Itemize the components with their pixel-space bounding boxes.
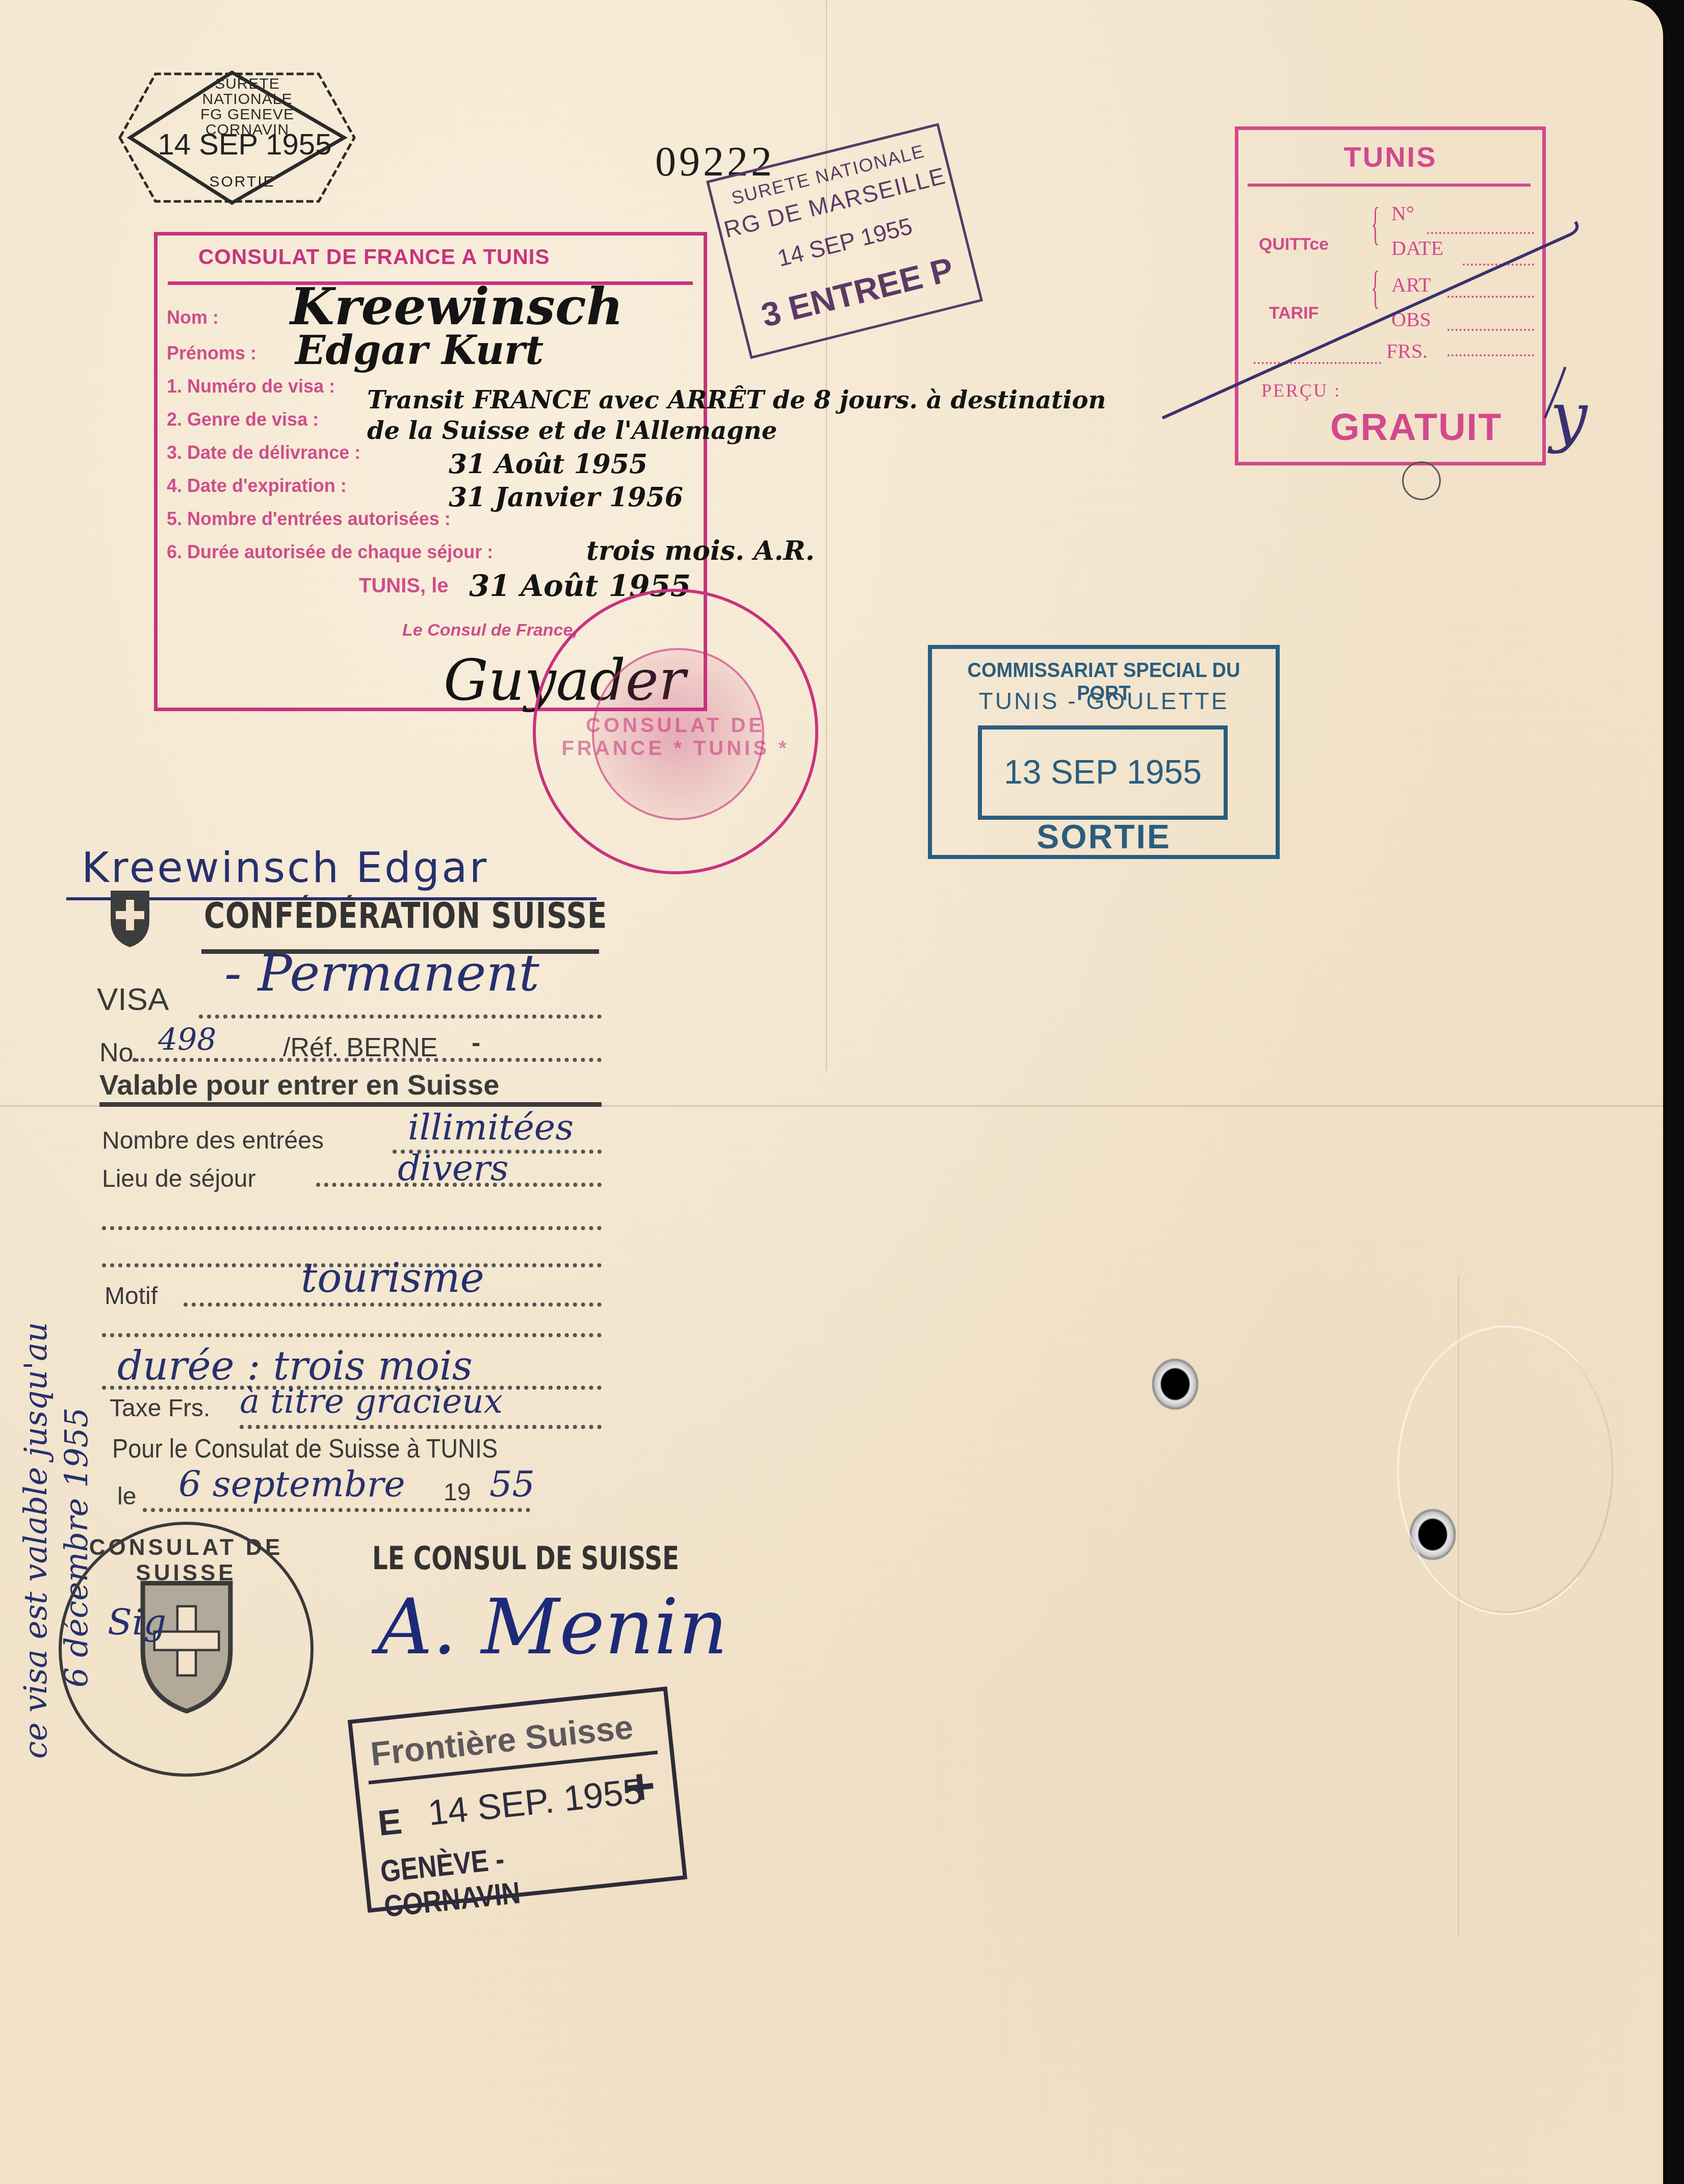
stamp-geneve-date: 14 SEP 1955 xyxy=(156,127,334,162)
tax-label: Taxe Frs. xyxy=(110,1394,210,1422)
dotted-line xyxy=(143,1508,530,1512)
field-value-expiry-date: 31 Janvier 1956 xyxy=(449,482,683,513)
swiss-shield-icon xyxy=(133,1581,240,1713)
year-prefix: 19 xyxy=(444,1478,471,1506)
field-value-prenoms: Edgar Kurt xyxy=(295,327,543,374)
document-page: SURETE NATIONALE FG GENEVE CORNAVIN 14 S… xyxy=(0,0,1663,2184)
stay-label: Lieu de séjour xyxy=(102,1165,256,1193)
swiss-shield-icon xyxy=(110,890,150,948)
stamp-goulette-type: SORTIE xyxy=(932,817,1276,856)
dotted-line xyxy=(102,1226,602,1230)
margin-note-line: ce visa est valable jusqu'au xyxy=(15,1322,56,1759)
stamp-line: TUNIS - GOULETTE xyxy=(932,687,1276,715)
swiss-consul-signature: A. Menin xyxy=(377,1583,728,1672)
initials: Sig xyxy=(108,1601,166,1643)
eyelet-icon xyxy=(1150,1356,1201,1412)
field-label-nom: Nom : xyxy=(167,307,219,328)
field-label-expiry-date: 4. Date d'expiration : xyxy=(167,475,347,497)
valid-entry-label: Valable pour entrer en Suisse xyxy=(99,1068,499,1101)
stamp-frontiere-suisse: Frontière Suisse E 14 SEP. 1955 + GENÈVE… xyxy=(348,1686,687,1913)
stamp-frontiere-title: Frontière Suisse xyxy=(369,1707,635,1774)
dotted-line xyxy=(133,1058,602,1062)
field-label-entries: 5. Nombre d'entrées autorisées : xyxy=(167,508,451,530)
stamp-line: SURETE xyxy=(191,76,303,92)
seal-text: CONSULAT DE FRANCE * TUNIS * xyxy=(536,714,815,760)
field-label-visa-number: 1. Numéro de visa : xyxy=(167,376,335,397)
dotted-line xyxy=(240,1425,602,1429)
swiss-cross-icon: + xyxy=(623,1756,658,1817)
embossed-seal xyxy=(1397,1325,1615,1615)
stamp-goulette: COMMISSARIAT SPECIAL DU PORT TUNIS - GOU… xyxy=(928,645,1280,859)
field-label-issue-date: 3. Date de délivrance : xyxy=(167,442,360,463)
seal-text: CONSULAT DE SUISSE xyxy=(62,1535,310,1586)
date-value: 6 septembre xyxy=(178,1463,405,1505)
visa-label: VISA xyxy=(97,981,169,1018)
stamp-geneve-exit: SURETE NATIONALE FG GENEVE CORNAVIN 14 S… xyxy=(115,61,359,214)
dotted-line xyxy=(184,1303,602,1307)
field-label-prenoms: Prénoms : xyxy=(167,343,256,364)
receipt-annotation: y xyxy=(1550,377,1587,455)
field-label-visa-type: 2. Genre de visa : xyxy=(167,409,319,430)
stamp-geneve-type: SORTIE xyxy=(196,173,288,191)
visa-no-value: 498 xyxy=(158,1022,217,1058)
visa-type-value: - Permanent xyxy=(224,943,539,1003)
dotted-line xyxy=(102,1333,602,1337)
year-value: 55 xyxy=(489,1463,535,1505)
swiss-visa-header: CONFÉDÉRATION SUISSE xyxy=(204,895,607,937)
motif-label: Motif xyxy=(105,1282,158,1310)
stamp-line: NATIONALE xyxy=(191,92,303,107)
hole-outline xyxy=(1402,461,1441,500)
date-frame: 13 SEP 1955 xyxy=(978,725,1228,820)
issuer-label: Pour le Consulat de Suisse à TUNIS xyxy=(112,1434,498,1464)
seal-french-consulate: CONSULAT DE FRANCE * TUNIS * xyxy=(533,589,818,874)
dotted-line xyxy=(316,1183,602,1187)
signatory-label: Le Consul de France, xyxy=(402,620,578,640)
motif-value: tourisme xyxy=(301,1254,484,1302)
field-value-issue-date: 31 Août 1955 xyxy=(449,449,647,480)
swiss-consul-label: LE CONSUL DE SUISSE xyxy=(372,1540,679,1577)
tax-value: à titre gracieux xyxy=(240,1382,503,1421)
stamp-frontiere-prefix: E xyxy=(376,1801,404,1843)
entries-value: illimitées xyxy=(408,1106,574,1148)
stamp-frontiere-date: 14 SEP. 1955 xyxy=(426,1770,645,1833)
strike-line-icon xyxy=(1157,214,1591,428)
swiss-visa-holder-name: Kreewinsch Edgar xyxy=(82,844,488,892)
visa-no-label: No. xyxy=(99,1037,141,1068)
seal-swiss-consulate: CONSULAT DE SUISSE Sig xyxy=(59,1522,314,1777)
visa-ref-value: - xyxy=(472,1027,480,1058)
field-label-duration: 6. Durée autorisée de chaque séjour : xyxy=(167,541,493,563)
field-value-duration: trois mois. A.R. xyxy=(586,535,815,566)
field-value-visa-type: Transit FRANCE avec ARRÊT de 8 jours. à … xyxy=(367,385,1106,446)
divider xyxy=(1248,184,1531,187)
receipt-title: TUNIS xyxy=(1238,140,1542,173)
date-prefix: le xyxy=(117,1483,136,1511)
dotted-line xyxy=(199,1015,602,1019)
entries-label: Nombre des entrées xyxy=(102,1127,324,1155)
stamp-frontiere-place: GENÈVE - CORNAVIN xyxy=(379,1828,640,1925)
stamp-goulette-date: 13 SEP 1955 xyxy=(982,752,1224,791)
french-visa-header: CONSULAT DE FRANCE A TUNIS xyxy=(198,245,550,269)
place-date-label: TUNIS, le xyxy=(359,575,449,597)
